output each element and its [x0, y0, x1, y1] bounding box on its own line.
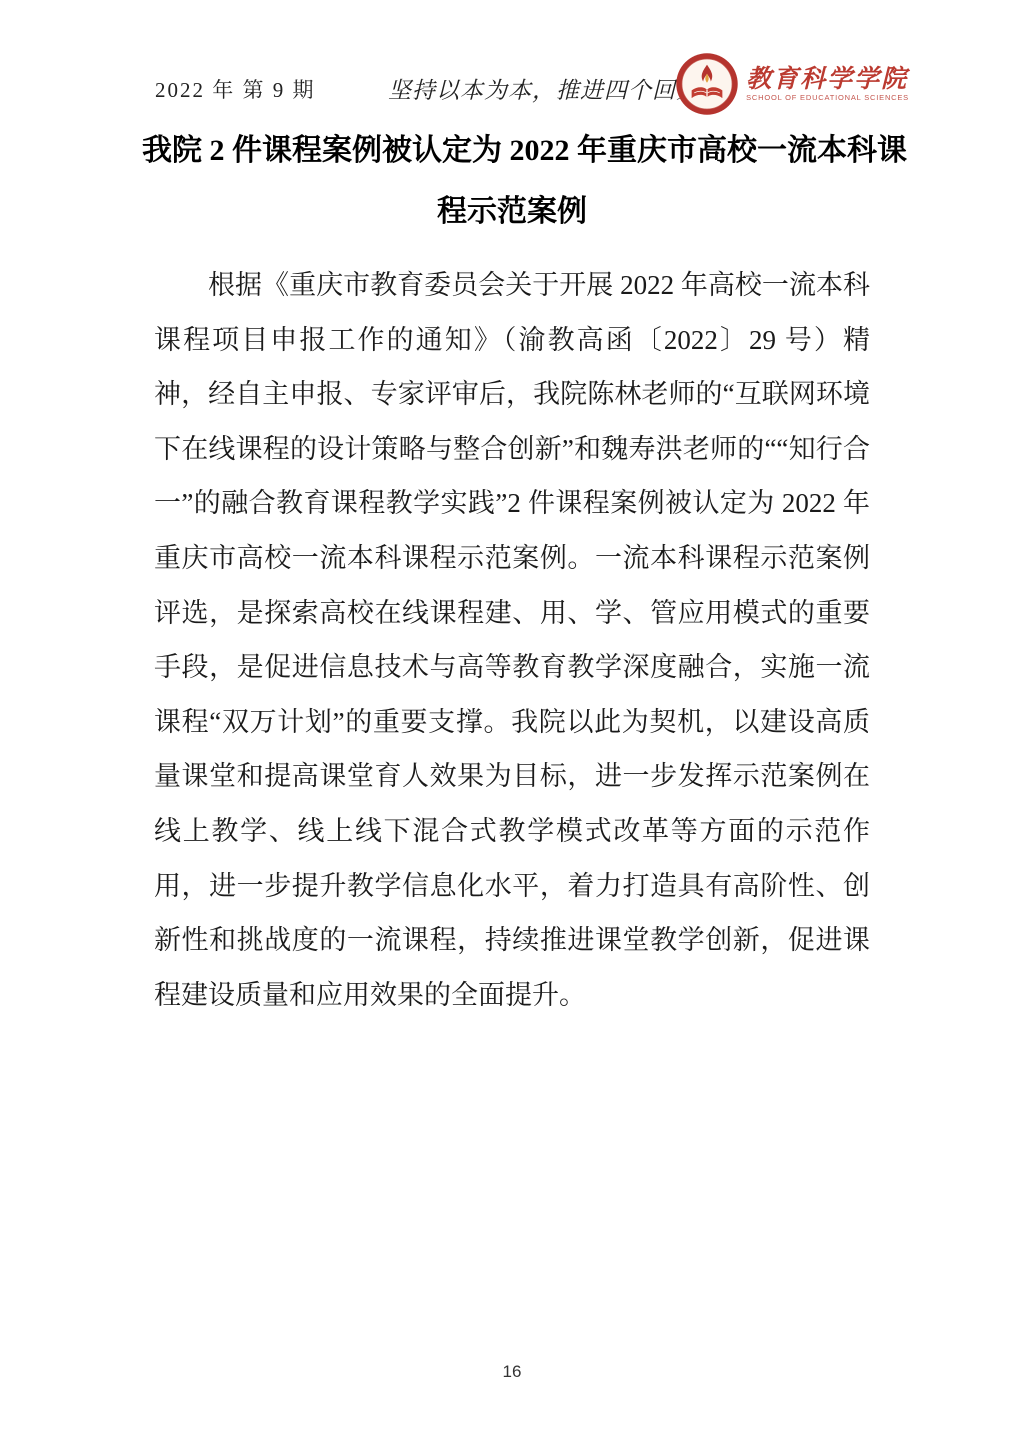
school-emblem-icon — [675, 52, 739, 116]
page-number: 16 — [0, 1362, 1024, 1382]
document-page: 2022 年 第 9 期 坚持以本为本，推进四个回归 教育科学学院 SCHOOL… — [0, 0, 1024, 1448]
article-title-line-2: 程示范案例 — [142, 181, 882, 242]
school-logo: 教育科学学院 SCHOOL OF EDUCATIONAL SCIENCES — [675, 52, 909, 116]
article-title-line-1: 我院 2 件课程案例被认定为 2022 年重庆市高校一流本科课 — [142, 120, 882, 181]
article-body: 根据《重庆市教育委员会关于开展 2022 年高校一流本科课程项目申报工作的通知》… — [154, 258, 870, 1022]
school-brand: 教育科学学院 SCHOOL OF EDUCATIONAL SCIENCES — [746, 66, 909, 103]
issue-info: 2022 年 第 9 期 — [155, 74, 316, 104]
school-name-cn: 教育科学学院 — [746, 66, 908, 94]
article-title: 我院 2 件课程案例被认定为 2022 年重庆市高校一流本科课 程示范案例 — [142, 120, 882, 242]
header-slogan: 坚持以本为本，推进四个回归 — [388, 72, 700, 105]
school-name-en: SCHOOL OF EDUCATIONAL SCIENCES — [746, 93, 909, 102]
